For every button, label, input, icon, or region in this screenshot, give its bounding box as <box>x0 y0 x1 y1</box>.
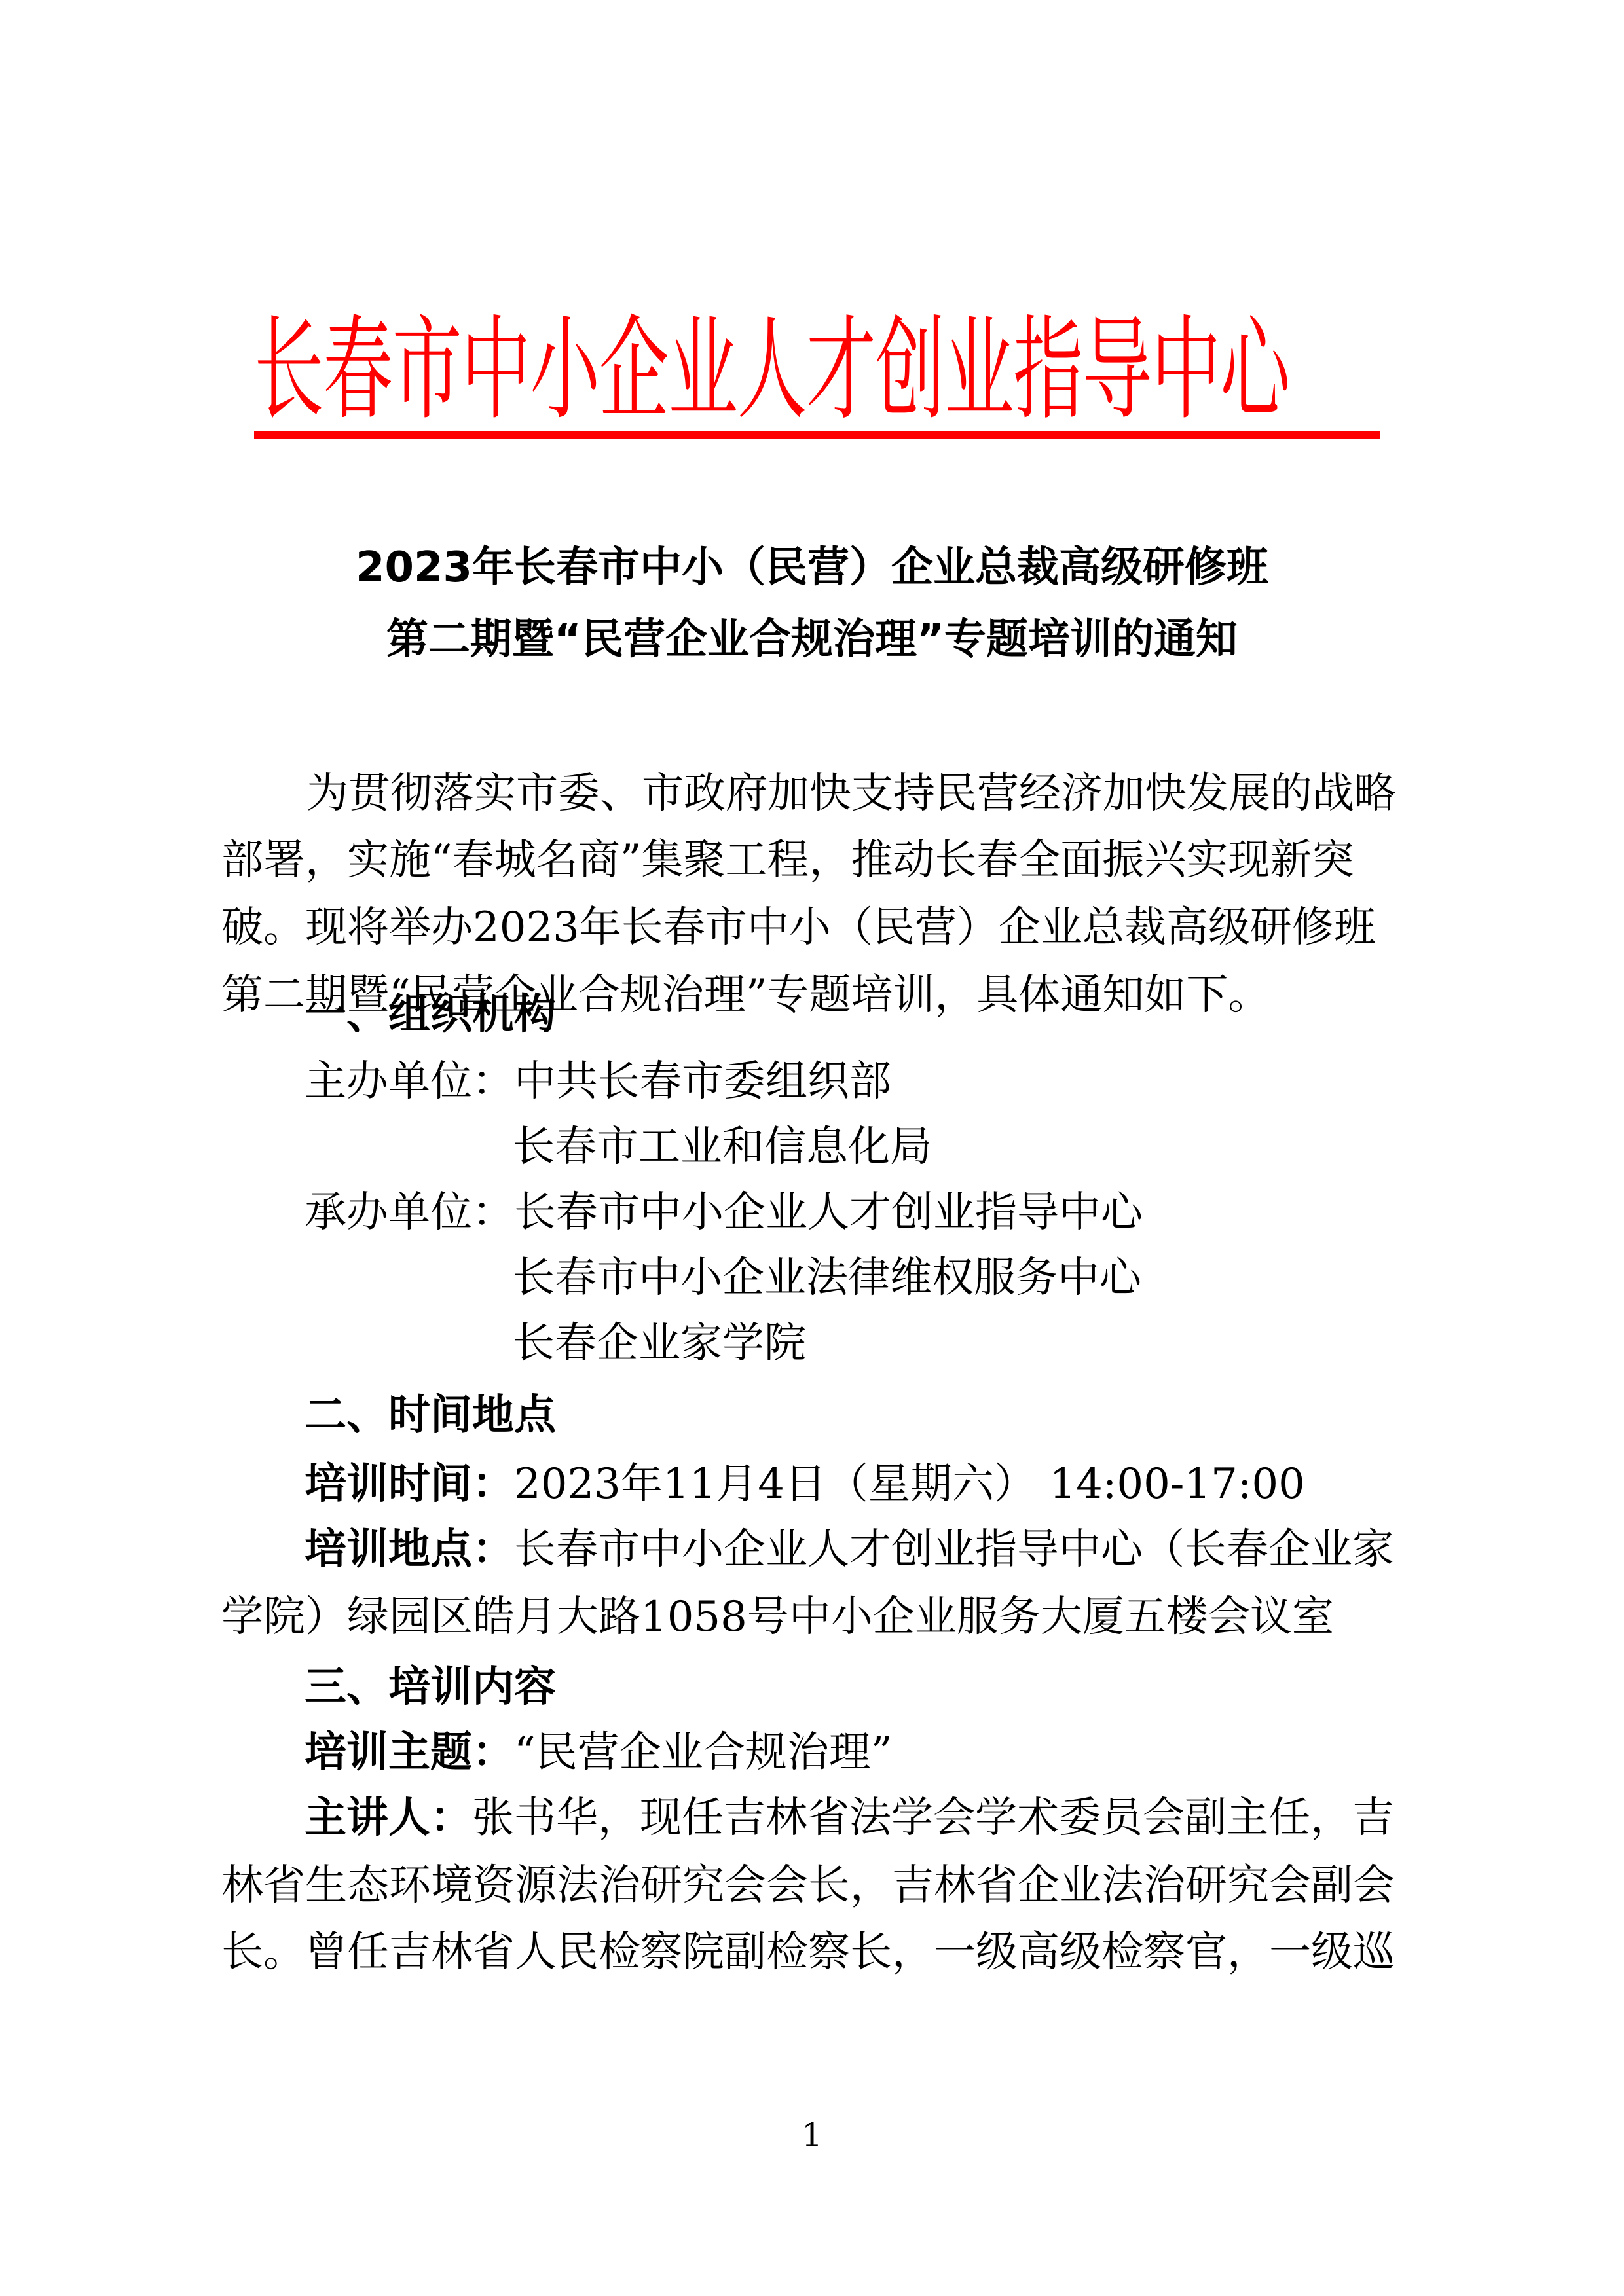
intro-line-3: 破。现将举办2023年长春市中小（民营）企业总裁高级研修班 <box>221 907 1413 974</box>
training-time: 培训时间：2023年11月4日（星期六） 14:00-17:00 <box>304 1463 1496 1505</box>
training-topic-value: “民营企业合规治理” <box>514 1728 892 1777</box>
intro-line-1: 为贯彻落实市委、市政府加快支持民营经济加快发展的战略 <box>221 773 1413 839</box>
page-number: 1 <box>0 2116 1624 2154</box>
training-place-label: 培训地点： <box>304 1525 514 1574</box>
organizer-units: 承办单位：长春市中小企业人才创业指导中心 <box>304 1192 1496 1233</box>
notice-title-line-2: 第二期暨“民营企业合规治理”专题培训的通知 <box>0 606 1624 666</box>
masthead-text: 长春市中小企业人才创业指导中心 <box>254 308 1289 432</box>
intro-line-2: 部署，实施“春城名商”集聚工程，推动长春全面振兴实现新突 <box>221 839 1413 907</box>
host-label: 主办单位： <box>304 1057 514 1106</box>
training-time-value: 2023年11月4日（星期六） 14:00-17:00 <box>514 1460 1305 1508</box>
training-topic: 培训主题：“民营企业合规治理” <box>304 1732 1496 1774</box>
notice-title-line-1: 2023年长春市中小（民营）企业总裁高级研修班 <box>0 534 1624 594</box>
speaker-line-3: 长。曾任吉林省人民检察院副检察长，一级高级检察官，一级巡 <box>221 1931 1413 1973</box>
red-divider-rule <box>254 431 1380 439</box>
training-place-value-1: 长春市中小企业人才创业指导中心（长春企业家 <box>514 1525 1394 1574</box>
organizer-label: 承办单位： <box>304 1188 514 1237</box>
organizer-unit-3: 长春企业家学院 <box>513 1322 1624 1364</box>
speaker-line-1: 张书华，现任吉林省法学会学术委员会副主任，吉 <box>472 1794 1394 1842</box>
speaker: 主讲人：张书华，现任吉林省法学会学术委员会副主任，吉 <box>304 1797 1496 1839</box>
masthead-title: 长春市中小企业人才创业指导中心 <box>254 308 952 432</box>
training-topic-label: 培训主题： <box>304 1728 514 1777</box>
speaker-line-2: 林省生态环境资源法治研究会会长，吉林省企业法治研究会副会 <box>221 1865 1413 1906</box>
host-units: 主办单位：中共长春市委组织部 <box>304 1061 1496 1102</box>
training-place: 培训地点：长春市中小企业人才创业指导中心（长春企业家 <box>304 1529 1496 1571</box>
organizer-unit-2: 长春市中小企业法律维权服务中心 <box>513 1257 1624 1299</box>
training-time-label: 培训时间： <box>304 1459 514 1508</box>
speaker-label: 主讲人： <box>304 1793 472 1842</box>
section-3-heading: 三、培训内容 <box>304 1666 1496 1708</box>
section-1-heading: 一、组织机构 <box>304 994 1496 1036</box>
host-unit-1: 中共长春市委组织部 <box>514 1057 891 1106</box>
document-page: 长春市中小企业人才创业指导中心 2023年长春市中小（民营）企业总裁高级研修班 … <box>0 0 1624 2296</box>
host-unit-2: 长春市工业和信息化局 <box>513 1126 1624 1168</box>
training-place-value-2: 学院）绿园区皓月大路1058号中小企业服务大厦五楼会议室 <box>221 1596 1413 1638</box>
organizer-unit-1: 长春市中小企业人才创业指导中心 <box>514 1188 1143 1237</box>
section-2-heading: 二、时间地点 <box>304 1394 1496 1436</box>
